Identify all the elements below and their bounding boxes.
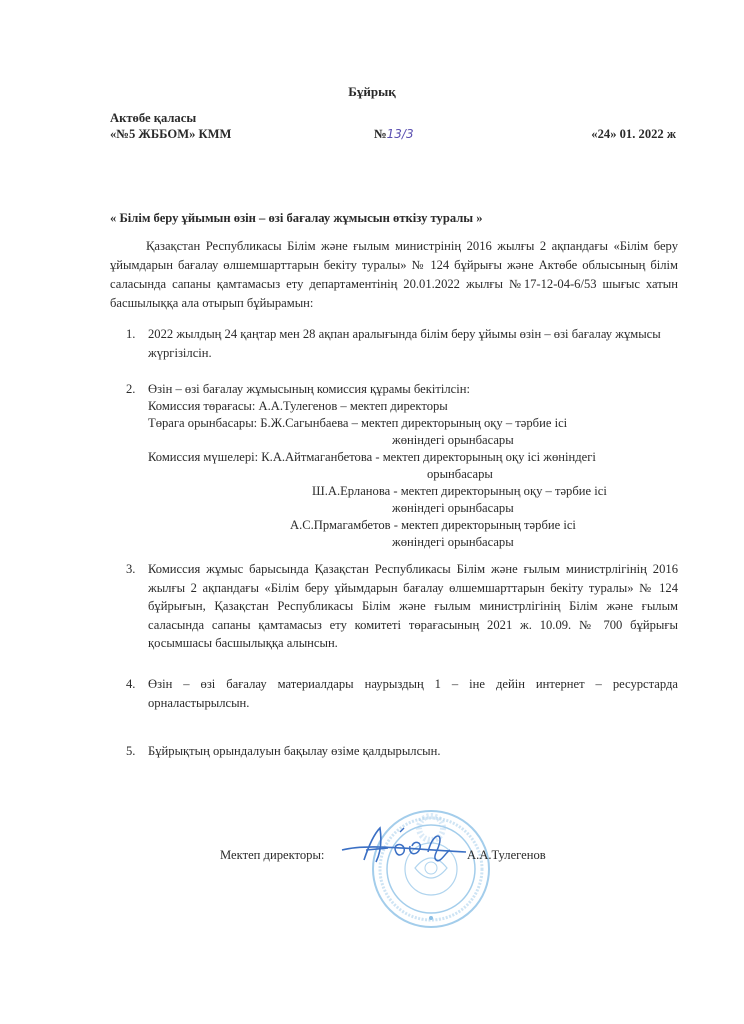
item-text: Бұйрықтың орындалуын бақылау өзіме қалды… [148,742,678,761]
list-item-4: 4. Өзін – өзі бағалау материалдары науры… [126,675,678,712]
commission-member-2: Ш.А.Ерланова - мектеп директорының оқу –… [312,482,607,501]
item-number: 4. [126,675,135,694]
number-prefix: № [374,127,387,141]
item-number: 1. [126,325,135,344]
order-date: «24» 01. 2022 ж [591,127,676,142]
item-number: 3. [126,560,135,579]
commission-member-2-cont: жөніндегі орынбасары [392,499,514,518]
list-item-1: 1. 2022 жылдың 24 қаңтар мен 28 ақпан ар… [126,325,678,362]
preamble-text: Қазақстан Республикасы Білім және ғылым … [110,237,678,313]
item-text: Өзін – өзі бағалау жұмысының комиссия құ… [148,380,678,399]
commission-member-3-cont: жөніндегі орынбасары [392,533,514,552]
handwritten-number: 13/3 [387,127,414,141]
signatory-name: А.А.Тулегенов [467,848,546,863]
item-number: 2. [126,380,135,399]
commission-deputy: Төрага орынбасары: Б.Ж.Сагынбаева – мект… [148,414,567,433]
document-title: Бұйрық [0,84,744,100]
signature-label: Мектеп директоры: [220,848,324,863]
list-item-3: 3. Комиссия жұмыс барысында Қазақстан Ре… [126,560,678,653]
item-text: Комиссия жұмыс барысында Қазақстан Респу… [148,560,678,653]
list-item-2: 2. Өзін – өзі бағалау жұмысының комиссия… [126,380,678,399]
list-item-5: 5. Бұйрықтың орындалуын бақылау өзіме қа… [126,742,678,761]
commission-deputy-cont: жөніндегі орынбасары [392,431,514,450]
item-text: Өзін – өзі бағалау материалдары наурызды… [148,675,678,712]
order-number: №13/3 [374,127,414,142]
commission-members-cont: орынбасары [427,465,493,484]
order-subject: « Білім беру ұйымын өзін – өзі бағалау ж… [110,211,483,226]
commission-members: Комиссия мүшелері: К.А.Айтмаганбетова - … [148,448,596,467]
item-number: 5. [126,742,135,761]
commission-chair: Комиссия төрағасы: А.А.Тулегенов – мекте… [148,397,448,416]
organization-label: «№5 ЖББОМ» КММ [110,127,231,142]
signature-icon [336,822,486,882]
item-text: 2022 жылдың 24 қаңтар мен 28 ақпан аралы… [148,325,678,362]
city-label: Актөбе қаласы [110,111,196,126]
commission-member-3: А.С.Прмагамбетов - мектеп директорының т… [290,516,576,535]
preamble: Қазақстан Республикасы Білім және ғылым … [110,237,678,313]
